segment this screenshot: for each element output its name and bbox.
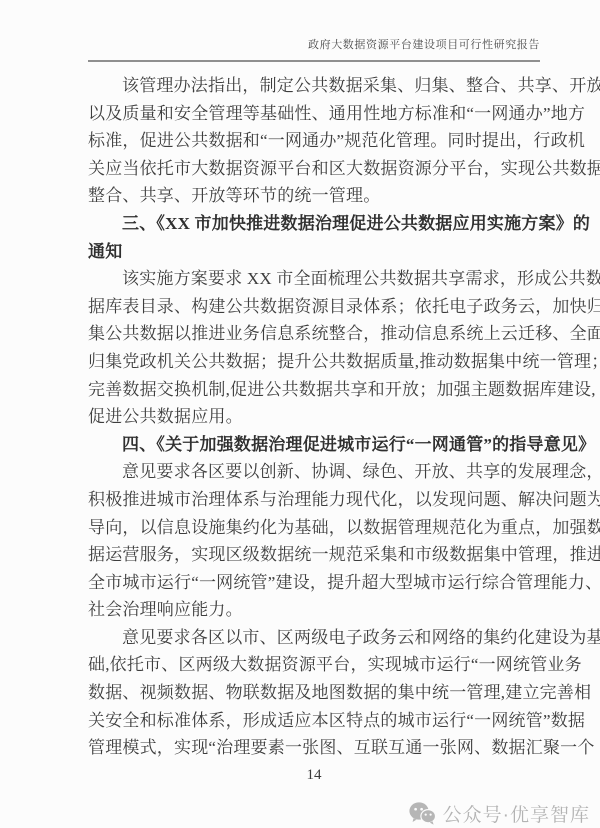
text-line: 归集党政机关公共数据；提升公共数据质量,推动数据集中统一管理；	[88, 348, 540, 376]
text-line: 关安全和标准体系，形成适应本区特点的城市运行“一网统管”数据	[88, 707, 540, 735]
text-line: 础,依托市、区两级大数据资源平台，实现城市运行“一网统管业务	[88, 651, 540, 679]
text-line: 数据、视频数据、物联数据及地图数据的集中统一管理,建立完善相	[88, 679, 540, 707]
text-line: 意见要求各区要以创新、协调、绿色、开放、共享的发展理念，	[88, 458, 540, 486]
watermark: 公众号·优享智库	[409, 800, 590, 827]
text-line: 据库表目录、构建公共数据资源目录体系；依托电子政务云，加快归	[88, 293, 540, 321]
watermark-label: 公众号·优享智库	[443, 800, 590, 827]
text-line: 集公共数据以推进业务信息系统整合，推动信息系统上云迁移、全面	[88, 320, 540, 348]
page-number: 14	[88, 767, 540, 784]
text-line: 标准，促进公共数据和“一网通办”规范化管理。同时提出，行政机	[88, 127, 540, 155]
text-line: 全市城市运行“一网统管”建设，提升超大型城市运行综合管理能力、	[88, 569, 540, 597]
heading-line: 三、《XX 市加快推进数据治理促进公共数据应用实施方案》的	[88, 210, 540, 238]
text-line: 完善数据交换机制,促进公共数据共享和开放；加强主题数据库建设,	[88, 376, 540, 404]
text-line: 整合、共享、开放等环节的统一管理。	[88, 182, 540, 210]
text-line: 社会治理响应能力。	[88, 596, 540, 624]
text-line: 管理模式，实现“治理要素一张图、互联互通一张网、数据汇聚一个	[88, 734, 540, 762]
wechat-icon	[409, 802, 436, 825]
paragraph: 意见要求各区以市、区两级电子政务云和网络的集约化建设为基 础,依托市、区两级大数…	[88, 624, 540, 762]
heading-line: 四、《关于加强数据治理促进城市运行“一网通管”的指导意见》	[88, 431, 540, 459]
text-line: 关应当依托市大数据资源平台和区大数据资源分平台，实现公共数据	[88, 155, 540, 183]
text-line: 以及质量和安全管理等基础性、通用性地方标准和“一网通办”地方	[88, 100, 540, 128]
text-line: 促进公共数据应用。	[88, 403, 540, 431]
text-line: 该实施方案要求 XX 市全面梳理公共数据共享需求，形成公共数	[88, 265, 540, 293]
section-heading: 四、《关于加强数据治理促进城市运行“一网通管”的指导意见》	[88, 431, 540, 459]
text-line: 该管理办法指出，制定公共数据采集、归集、整合、共享、开放	[88, 72, 540, 100]
report-title: 政府大数据资源平台建设项目可行性研究报告	[88, 38, 540, 53]
text-line: 导向，以信息设施集约化为基础，以数据管理规范化为重点，加强数	[88, 514, 540, 542]
page-header: 政府大数据资源平台建设项目可行性研究报告	[0, 0, 600, 53]
text-line: 据运营服务，实现区级数据统一规范采集和市级数据集中管理，推进	[88, 541, 540, 569]
section-heading: 三、《XX 市加快推进数据治理促进公共数据应用实施方案》的 通知	[88, 210, 540, 265]
paragraph: 该实施方案要求 XX 市全面梳理公共数据共享需求，形成公共数 据库表目录、构建公…	[88, 265, 540, 431]
text-line: 积极推进城市治理体系与治理能力现代化，以发现问题、解决问题为	[88, 486, 540, 514]
document-page: 政府大数据资源平台建设项目可行性研究报告 该管理办法指出，制定公共数据采集、归集…	[0, 0, 600, 828]
paragraph: 意见要求各区要以创新、协调、绿色、开放、共享的发展理念， 积极推进城市治理体系与…	[88, 458, 540, 624]
heading-line: 通知	[88, 238, 540, 266]
header-divider	[88, 60, 540, 62]
paragraph: 该管理办法指出，制定公共数据采集、归集、整合、共享、开放 以及质量和安全管理等基…	[88, 72, 540, 210]
text-line: 意见要求各区以市、区两级电子政务云和网络的集约化建设为基	[88, 624, 540, 652]
document-body: 该管理办法指出，制定公共数据采集、归集、整合、共享、开放 以及质量和安全管理等基…	[88, 72, 540, 762]
